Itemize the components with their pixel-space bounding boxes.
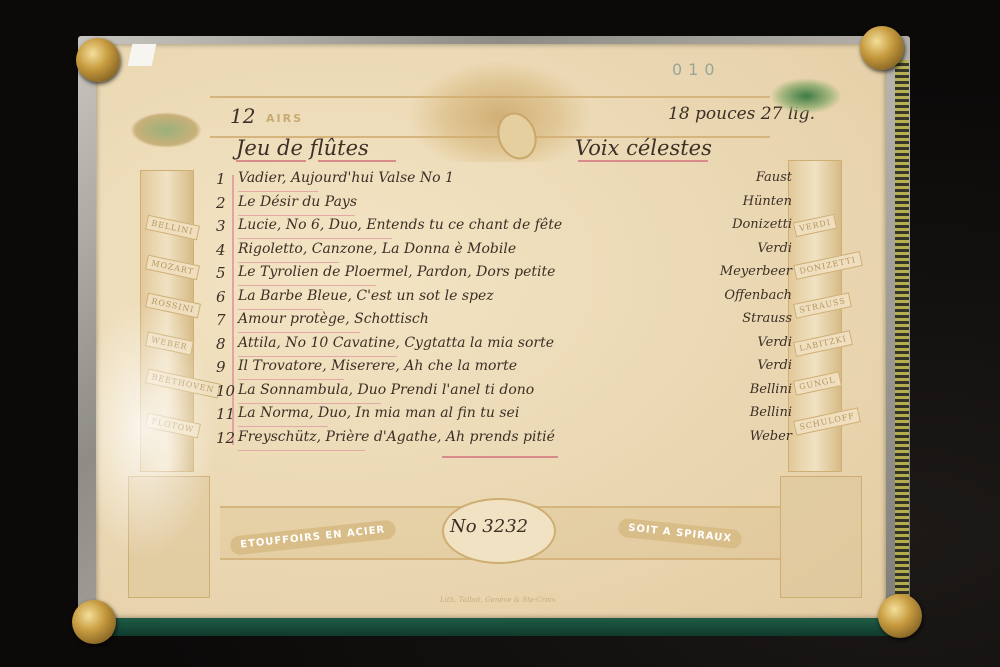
tune-number: 8 <box>216 335 226 353</box>
tune-row: 6La Barbe Bleue, C'est un sot le spezOff… <box>210 288 800 312</box>
serrated-edge-strip <box>895 60 909 600</box>
glass-glare <box>96 300 216 560</box>
tune-title: Freyschütz, Prière d'Agathe, Ah prends p… <box>238 429 555 445</box>
tune-underline <box>238 262 339 263</box>
tune-row: 9Il Trovatore, Miserere, Ah che la morte… <box>210 358 800 382</box>
brass-stud-bottom-left <box>72 600 116 644</box>
tune-title: Il Trovatore, Miserere, Ah che la morte <box>238 358 517 374</box>
tune-underline <box>238 215 355 216</box>
tune-number: 6 <box>216 288 226 306</box>
tune-number: 4 <box>216 241 226 259</box>
title-left-underline-1 <box>236 160 306 162</box>
lithographer-imprint: Lith. Talbot, Genève & Ste-Croix <box>440 596 556 604</box>
paper-tab <box>128 44 157 66</box>
right-column-capital <box>770 78 842 114</box>
musical-instruments-trophy <box>410 62 590 162</box>
tune-composer: Faust <box>756 170 792 185</box>
brass-stud-top-left <box>76 38 120 82</box>
tune-row: 11La Norma, Duo, In mia man al fin tu se… <box>210 405 800 429</box>
tune-number: 10 <box>216 382 235 400</box>
tune-row: 4Rigoletto, Canzone, La Donna è MobileVe… <box>210 241 800 265</box>
airs-count: 12 <box>230 104 255 128</box>
tune-composer: Bellini <box>750 382 792 397</box>
title-left-underline-2 <box>318 160 396 162</box>
tune-underline <box>238 450 365 451</box>
tune-composer: Meyerbeer <box>720 264 792 279</box>
tune-underline <box>238 191 318 192</box>
left-column-capital <box>130 112 202 148</box>
tune-title: La Sonnambula, Duo Prendi l'anel ti dono <box>238 382 534 398</box>
tune-underline <box>238 285 376 286</box>
title-right: Voix célestes <box>575 136 712 160</box>
tune-underline <box>238 379 344 380</box>
brass-stud-top-right <box>860 26 904 70</box>
tune-number: 2 <box>216 194 226 212</box>
tune-underline <box>238 356 397 357</box>
tune-composer: Donizetti <box>732 217 792 232</box>
tune-composer: Verdi <box>757 241 792 256</box>
tune-number: 1 <box>216 170 226 188</box>
tune-composer: Bellini <box>750 405 792 420</box>
tune-title: Attila, No 10 Cavatine, Cygtatta la mia … <box>238 335 554 351</box>
tune-row: 5Le Tyrolien de Ploermel, Pardon, Dors p… <box>210 264 800 288</box>
tune-row: 12Freyschütz, Prière d'Agathe, Ah prends… <box>210 429 800 453</box>
tune-title: Le Tyrolien de Ploermel, Pardon, Dors pe… <box>238 264 555 280</box>
tune-underline <box>238 238 392 239</box>
tune-number: 5 <box>216 264 226 282</box>
pencil-note: 010 <box>672 60 721 79</box>
tune-row: 8Attila, No 10 Cavatine, Cygtatta la mia… <box>210 335 800 359</box>
tune-number: 12 <box>216 429 235 447</box>
tune-underline <box>238 309 323 310</box>
tune-number: 7 <box>216 311 226 329</box>
closing-underline <box>442 456 558 458</box>
tune-title: Le Désir du Pays <box>238 194 357 210</box>
airs-label: AIRS <box>266 112 303 125</box>
tune-title: La Norma, Duo, In mia man al fin tu sei <box>238 405 519 421</box>
tune-composer: Verdi <box>757 335 792 350</box>
title-right-underline <box>578 160 708 162</box>
tune-row: 2Le Désir du PaysHünten <box>210 194 800 218</box>
tune-title: Vadier, Aujourd'hui Valse No 1 <box>238 170 454 186</box>
tune-composer: Strauss <box>742 311 792 326</box>
title-left: Jeu de flûtes <box>236 136 369 160</box>
brass-stud-bottom-right <box>878 594 922 638</box>
tune-underline <box>238 332 360 333</box>
tune-number: 3 <box>216 217 226 235</box>
tune-title: Amour protège, Schottisch <box>238 311 429 327</box>
tune-title: Lucie, No 6, Duo, Entends tu ce chant de… <box>238 217 562 233</box>
tune-composer: Verdi <box>757 358 792 373</box>
tune-number: 9 <box>216 358 226 376</box>
tune-row: 1Vadier, Aujourd'hui Valse No 1Faust <box>210 170 800 194</box>
tune-composer: Hünten <box>743 194 792 209</box>
tune-title: La Barbe Bleue, C'est un sot le spez <box>238 288 494 304</box>
tune-row: 3Lucie, No 6, Duo, Entends tu ce chant d… <box>210 217 800 241</box>
tune-composer: Weber <box>750 429 792 444</box>
tune-underline <box>238 403 381 404</box>
right-column-base <box>780 476 862 598</box>
tune-row: 7Amour protège, SchottischStrauss <box>210 311 800 335</box>
tune-title: Rigoletto, Canzone, La Donna è Mobile <box>238 241 516 257</box>
serial-number: No 3232 <box>450 516 528 537</box>
tune-composer: Offenbach <box>724 288 792 303</box>
tune-row: 10La Sonnambula, Duo Prendi l'anel ti do… <box>210 382 800 406</box>
tune-underline <box>238 426 328 427</box>
green-glass-edge <box>112 618 904 636</box>
tune-number: 11 <box>216 405 235 423</box>
